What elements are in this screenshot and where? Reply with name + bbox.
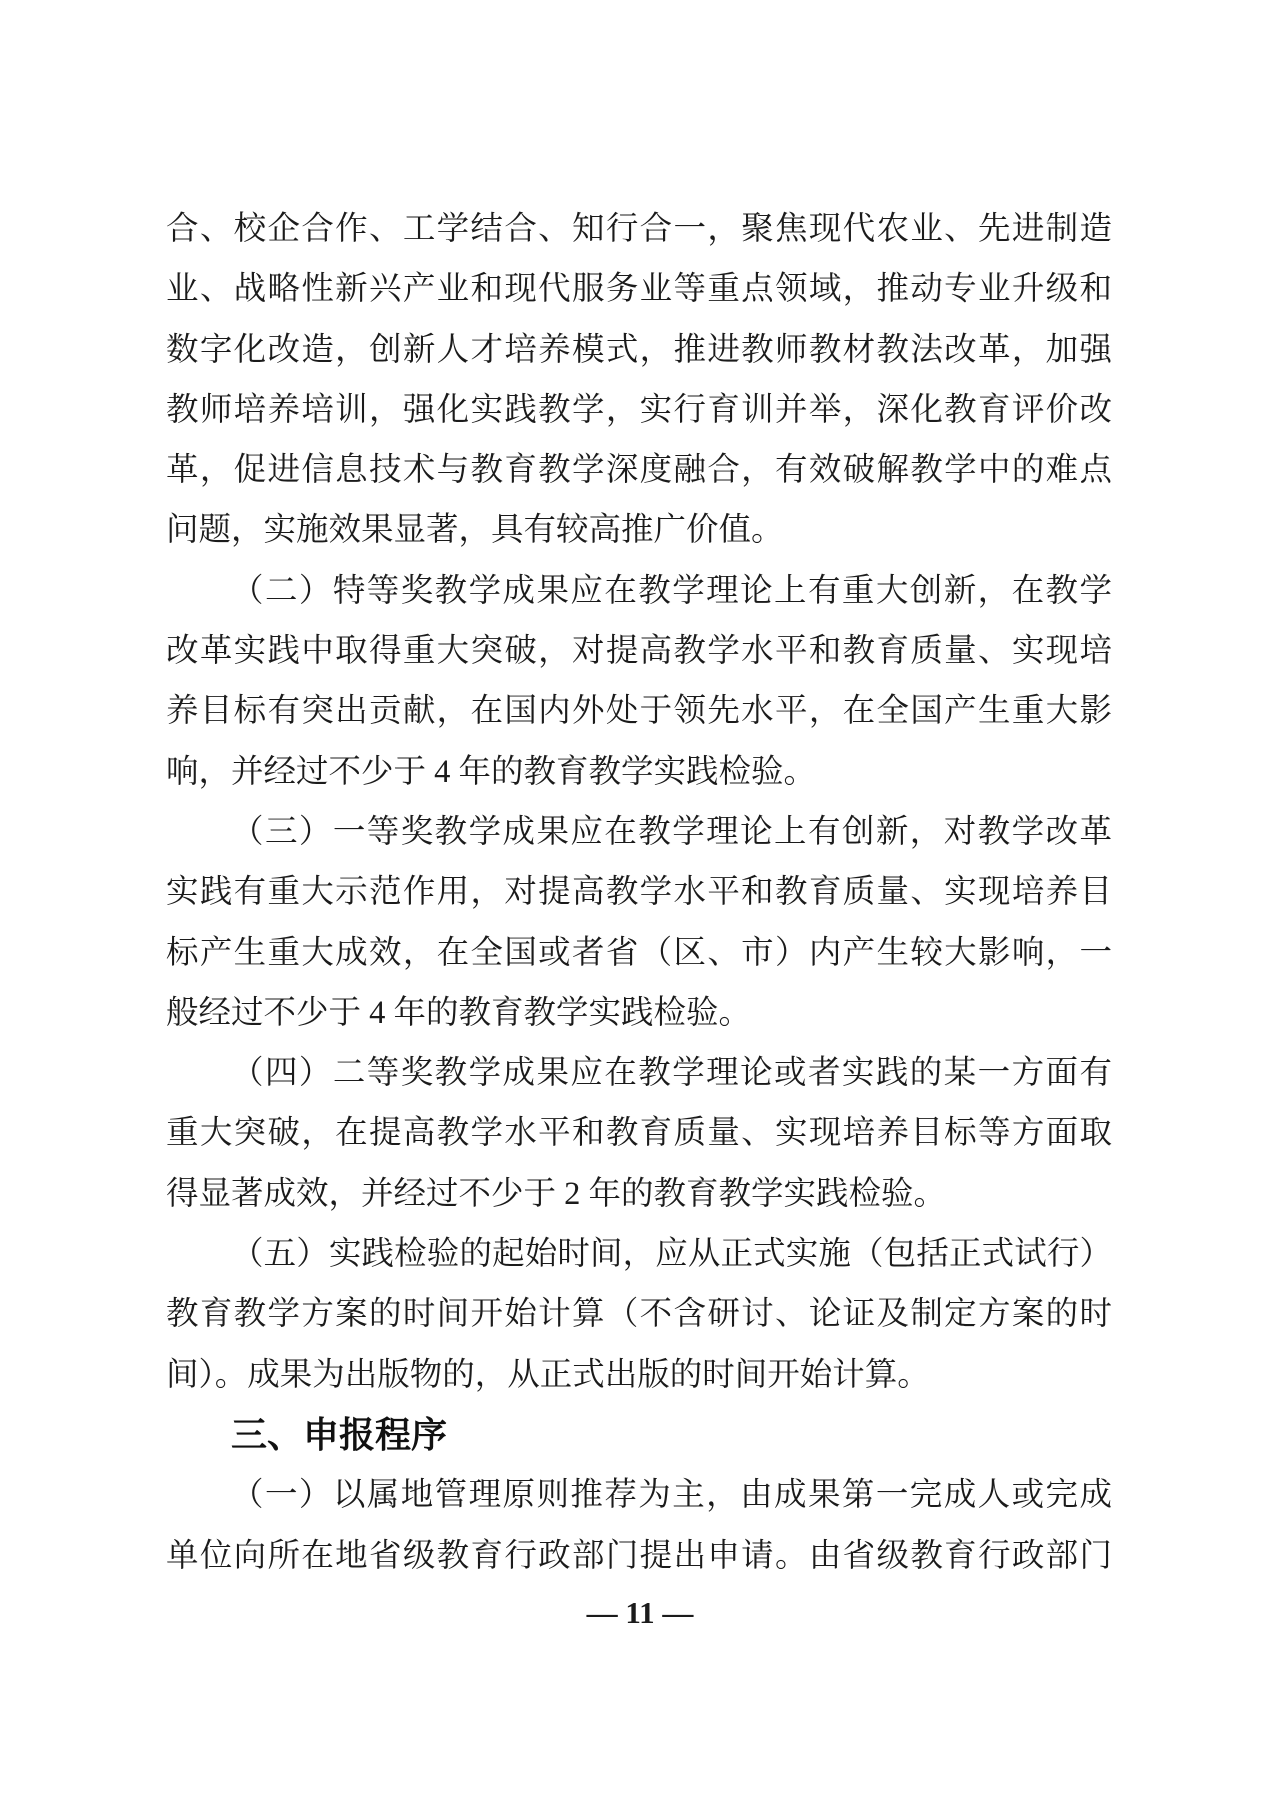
text-line: （二）特等奖教学成果应在教学理论上有重大创新，在教学 <box>166 561 1112 621</box>
text-line: 实践有重大示范作用，对提高教学水平和教育质量、实现培养目 <box>166 862 1112 922</box>
text-line: 革，促进信息技术与教育教学深度融合，有效破解教学中的难点 <box>166 440 1112 500</box>
text-line: （五）实践检验的起始时间，应从正式实施（包括正式试行） <box>166 1224 1112 1284</box>
page-number: — 11 — <box>0 1593 1280 1633</box>
text-line: 合、校企合作、工学结合、知行合一，聚焦现代农业、先进制造 <box>166 199 1112 259</box>
text-line: （四）二等奖教学成果应在教学理论或者实践的某一方面有 <box>166 1043 1112 1103</box>
text-line: （三）一等奖教学成果应在教学理论上有创新，对教学改革 <box>166 802 1112 862</box>
text-line: 单位向所在地省级教育行政部门提出申请。由省级教育行政部门 <box>166 1526 1112 1586</box>
text-line: （一）以属地管理原则推荐为主，由成果第一完成人或完成 <box>166 1465 1112 1525</box>
text-line: 标产生重大成效，在全国或者省（区、市）内产生较大影响，一 <box>166 923 1112 983</box>
text-line: 教师培养培训，强化实践教学，实行育训并举，深化教育评价改 <box>166 380 1112 440</box>
document-body: 合、校企合作、工学结合、知行合一，聚焦现代农业、先进制造 业、战略性新兴产业和现… <box>166 199 1112 1586</box>
text-line: 业、战略性新兴产业和现代服务业等重点领域，推动专业升级和 <box>166 259 1112 319</box>
text-line: 间）。成果为出版物的，从正式出版的时间开始计算。 <box>166 1345 1112 1405</box>
text-line: 改革实践中取得重大突破，对提高教学水平和教育质量、实现培 <box>166 621 1112 681</box>
section-heading: 三、申报程序 <box>166 1405 1112 1465</box>
text-line: 得显著成效，并经过不少于 2 年的教育教学实践检验。 <box>166 1164 1112 1224</box>
text-line: 问题，实施效果显著，具有较高推广价值。 <box>166 500 1112 560</box>
text-line: 教育教学方案的时间开始计算（不含研讨、论证及制定方案的时 <box>166 1284 1112 1344</box>
document-page: 合、校企合作、工学结合、知行合一，聚焦现代农业、先进制造 业、战略性新兴产业和现… <box>0 0 1280 1810</box>
text-line: 重大突破，在提高教学水平和教育质量、实现培养目标等方面取 <box>166 1103 1112 1163</box>
text-line: 般经过不少于 4 年的教育教学实践检验。 <box>166 983 1112 1043</box>
text-line: 数字化改造，创新人才培养模式，推进教师教材教法改革，加强 <box>166 320 1112 380</box>
text-line: 养目标有突出贡献，在国内外处于领先水平，在全国产生重大影 <box>166 681 1112 741</box>
text-line: 响，并经过不少于 4 年的教育教学实践检验。 <box>166 742 1112 802</box>
